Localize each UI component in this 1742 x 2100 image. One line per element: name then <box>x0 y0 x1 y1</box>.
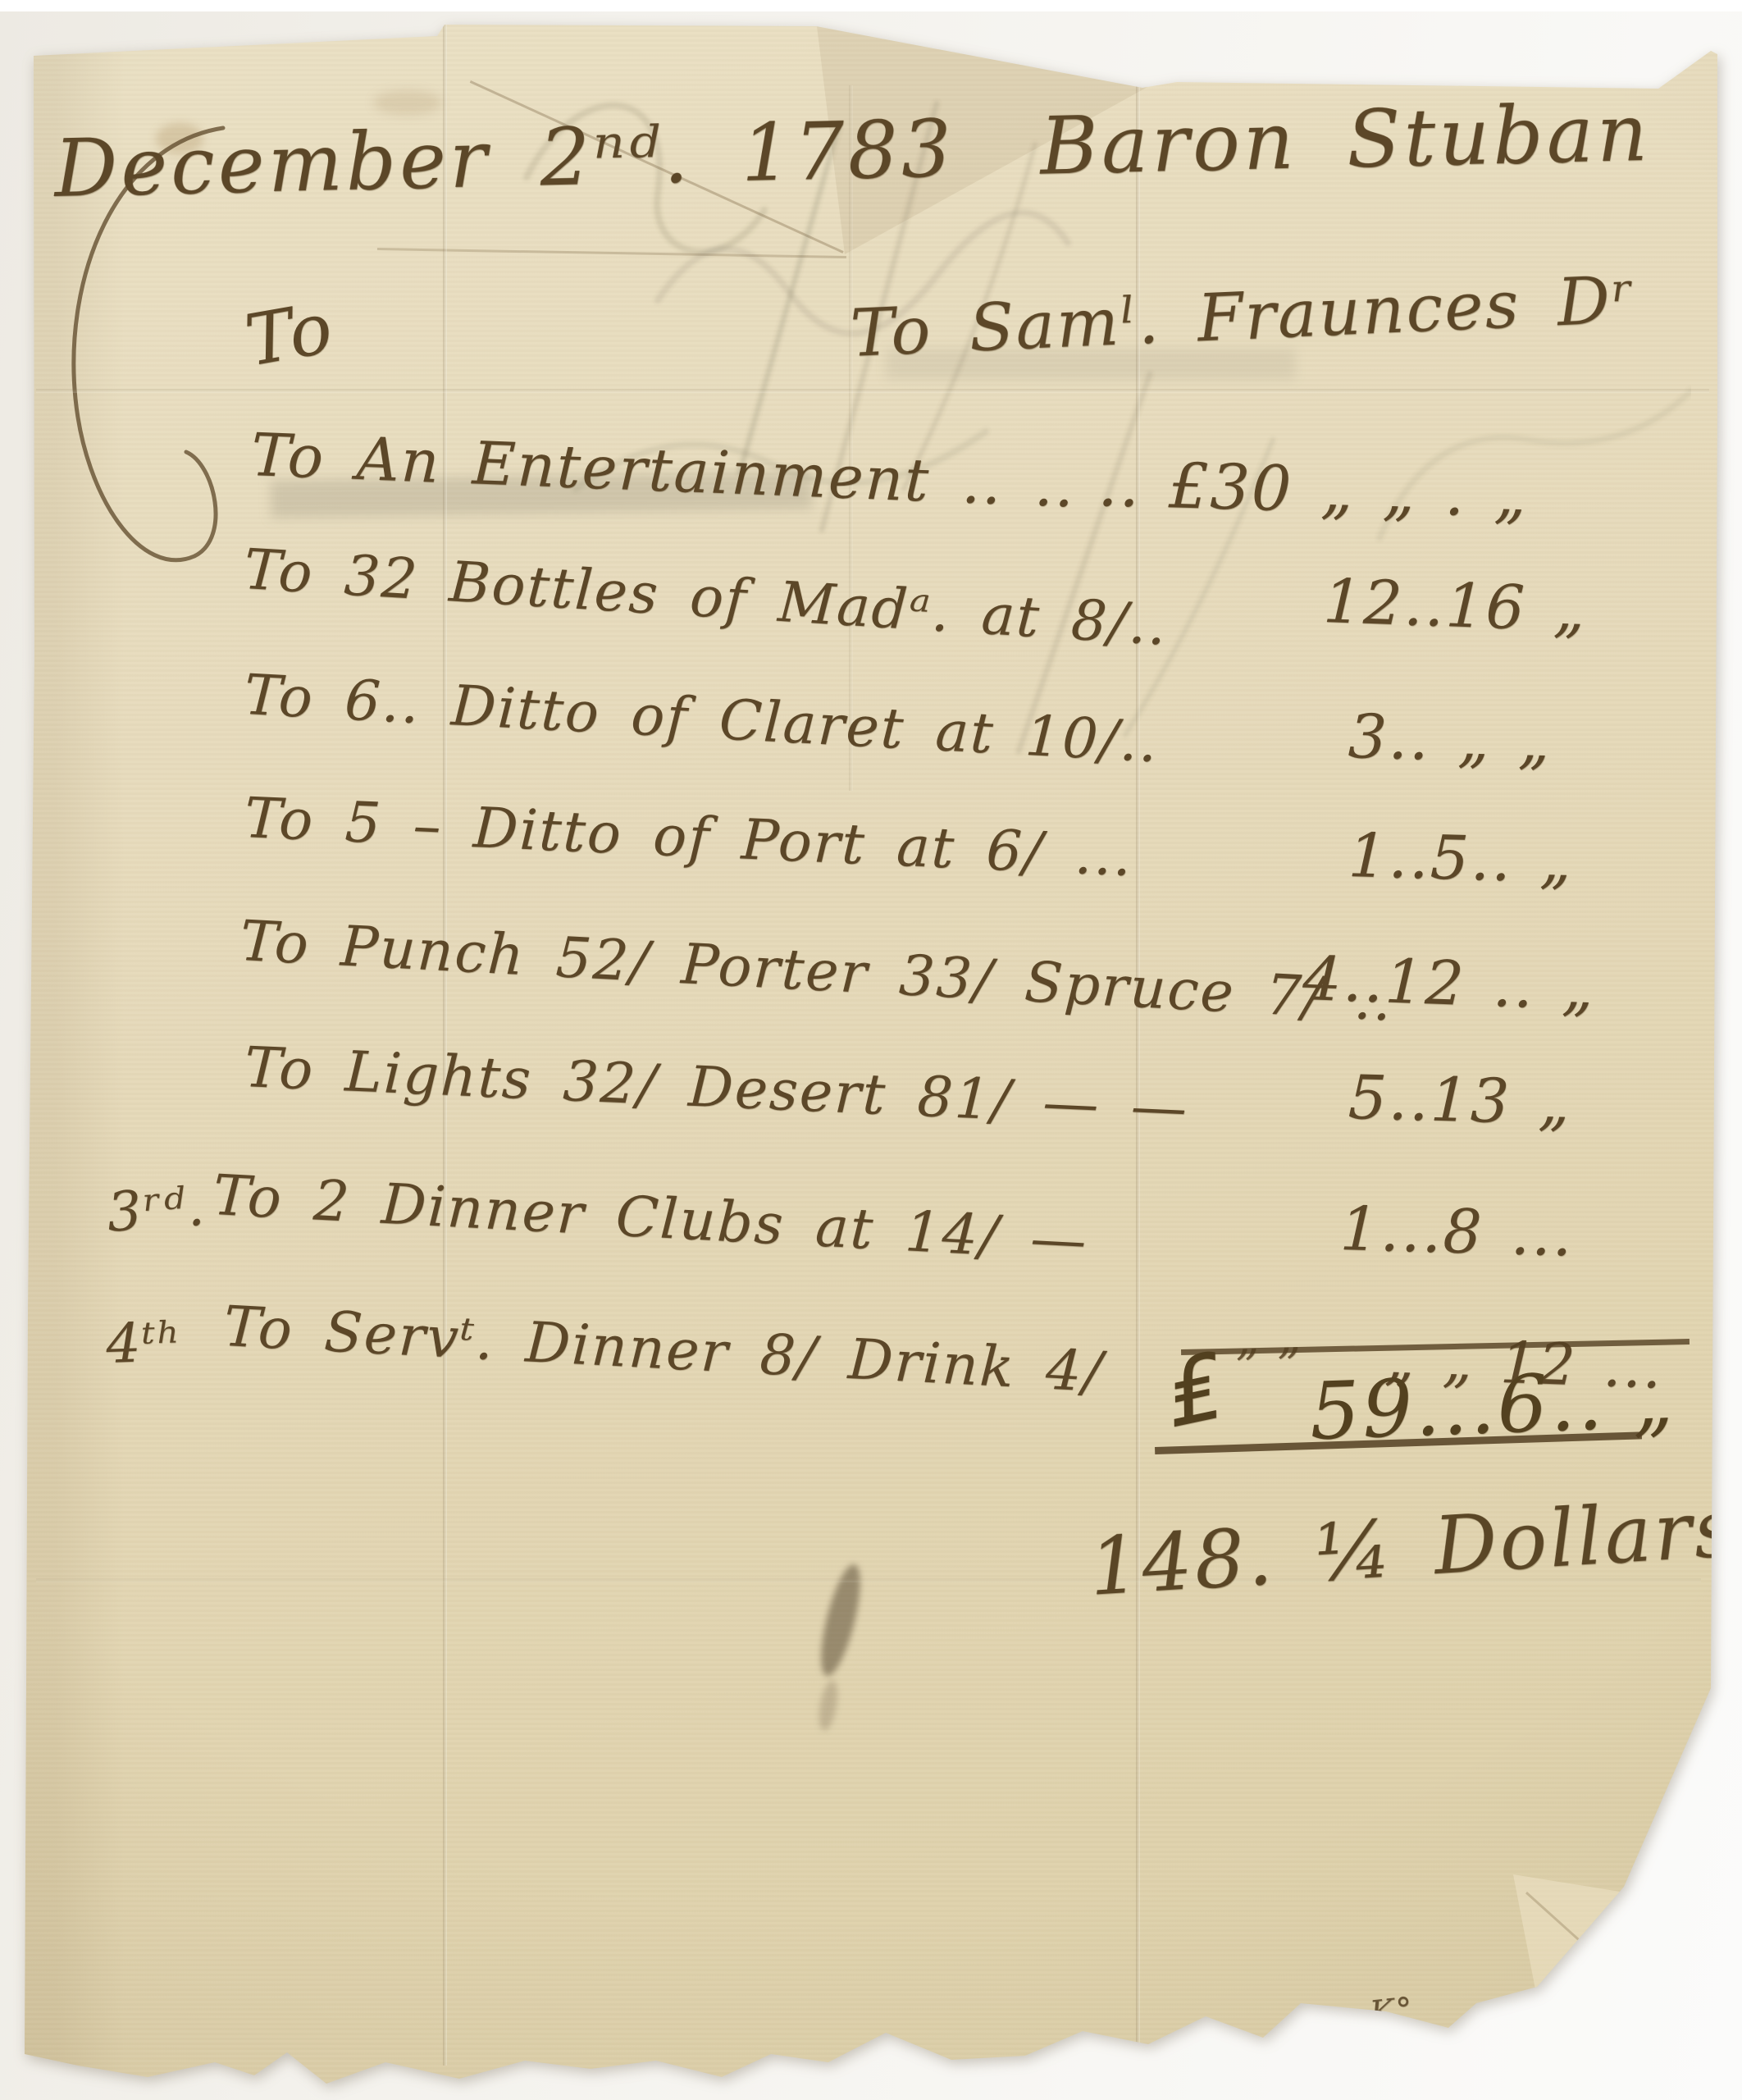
bill-line-port: To 5 – Ditto of Port at 6/ ... <box>244 786 1134 889</box>
bill-amount-lights-desert: 5..13 „ <box>1348 1062 1572 1139</box>
bill-amount-dinner-clubs: 1...8 ... <box>1339 1194 1575 1270</box>
horizontal-fold-crease <box>36 389 1709 393</box>
bill-line-punch-porter-spruce: To Punch 52/ Porter 33/ Spruce 7/ .. <box>239 909 1394 1034</box>
ink-stain <box>816 1679 841 1732</box>
bill-amount-claret: 3.. „ „ <box>1348 701 1553 777</box>
margin-marker-3rd: 3ʳᵈ. <box>105 1175 207 1244</box>
date-text: December 2ⁿᵈ. 1783 <box>53 103 955 215</box>
dollars-total-line: 148. ¼ Dollars <box>1087 1482 1740 1614</box>
bill-line-madeira: To 32 Bottles of Madᵃ. at 8/.. <box>242 537 1170 659</box>
bill-amount-punch-porter-spruce: 4..12 .. „ <box>1302 943 1597 1024</box>
manuscript-page: December 2ⁿᵈ. 1783 Baron Stuban To Samˡ.… <box>18 5 1720 2087</box>
fold-ghost-line <box>377 248 846 258</box>
fold-ghost-line <box>1525 1892 1630 1987</box>
debtor-name: Baron Stuban <box>1039 87 1652 193</box>
bleedthrough-stroke <box>1019 374 1150 751</box>
corner-ink-mark: K° <box>1368 1990 1416 2032</box>
bill-amount-entertainment: .. £30 „ „ . „ <box>1097 447 1530 532</box>
flourish-to-mark: To <box>239 287 340 383</box>
bill-line-claret: To 6.. Ditto of Claret at 10/.. <box>243 663 1161 775</box>
margin-marker-4th: 4ᵗʰ <box>105 1310 183 1376</box>
scan-area: December 2ⁿᵈ. 1783 Baron Stuban To Samˡ.… <box>0 0 1742 2100</box>
bill-line-dinner-clubs: To 2 Dinner Clubs at 14/ — <box>212 1163 1090 1274</box>
date-line: December 2ⁿᵈ. 1783 Baron Stuban <box>53 87 1652 215</box>
bill-amount-port: 1..5.. „ <box>1348 820 1574 897</box>
ink-stain <box>814 1561 869 1679</box>
bill-line-lights-desert: To Lights 32/ Desert 81/ — — <box>244 1035 1190 1141</box>
ink-stain <box>373 90 442 115</box>
total-leader-marks: „ „ <box>1234 1310 1303 1366</box>
bill-line-servant-dinner: To Servᵗ. Dinner 8/ Drink 4/ <box>222 1294 1106 1405</box>
bill-amount-madeira: 12..16 „ <box>1322 566 1588 646</box>
